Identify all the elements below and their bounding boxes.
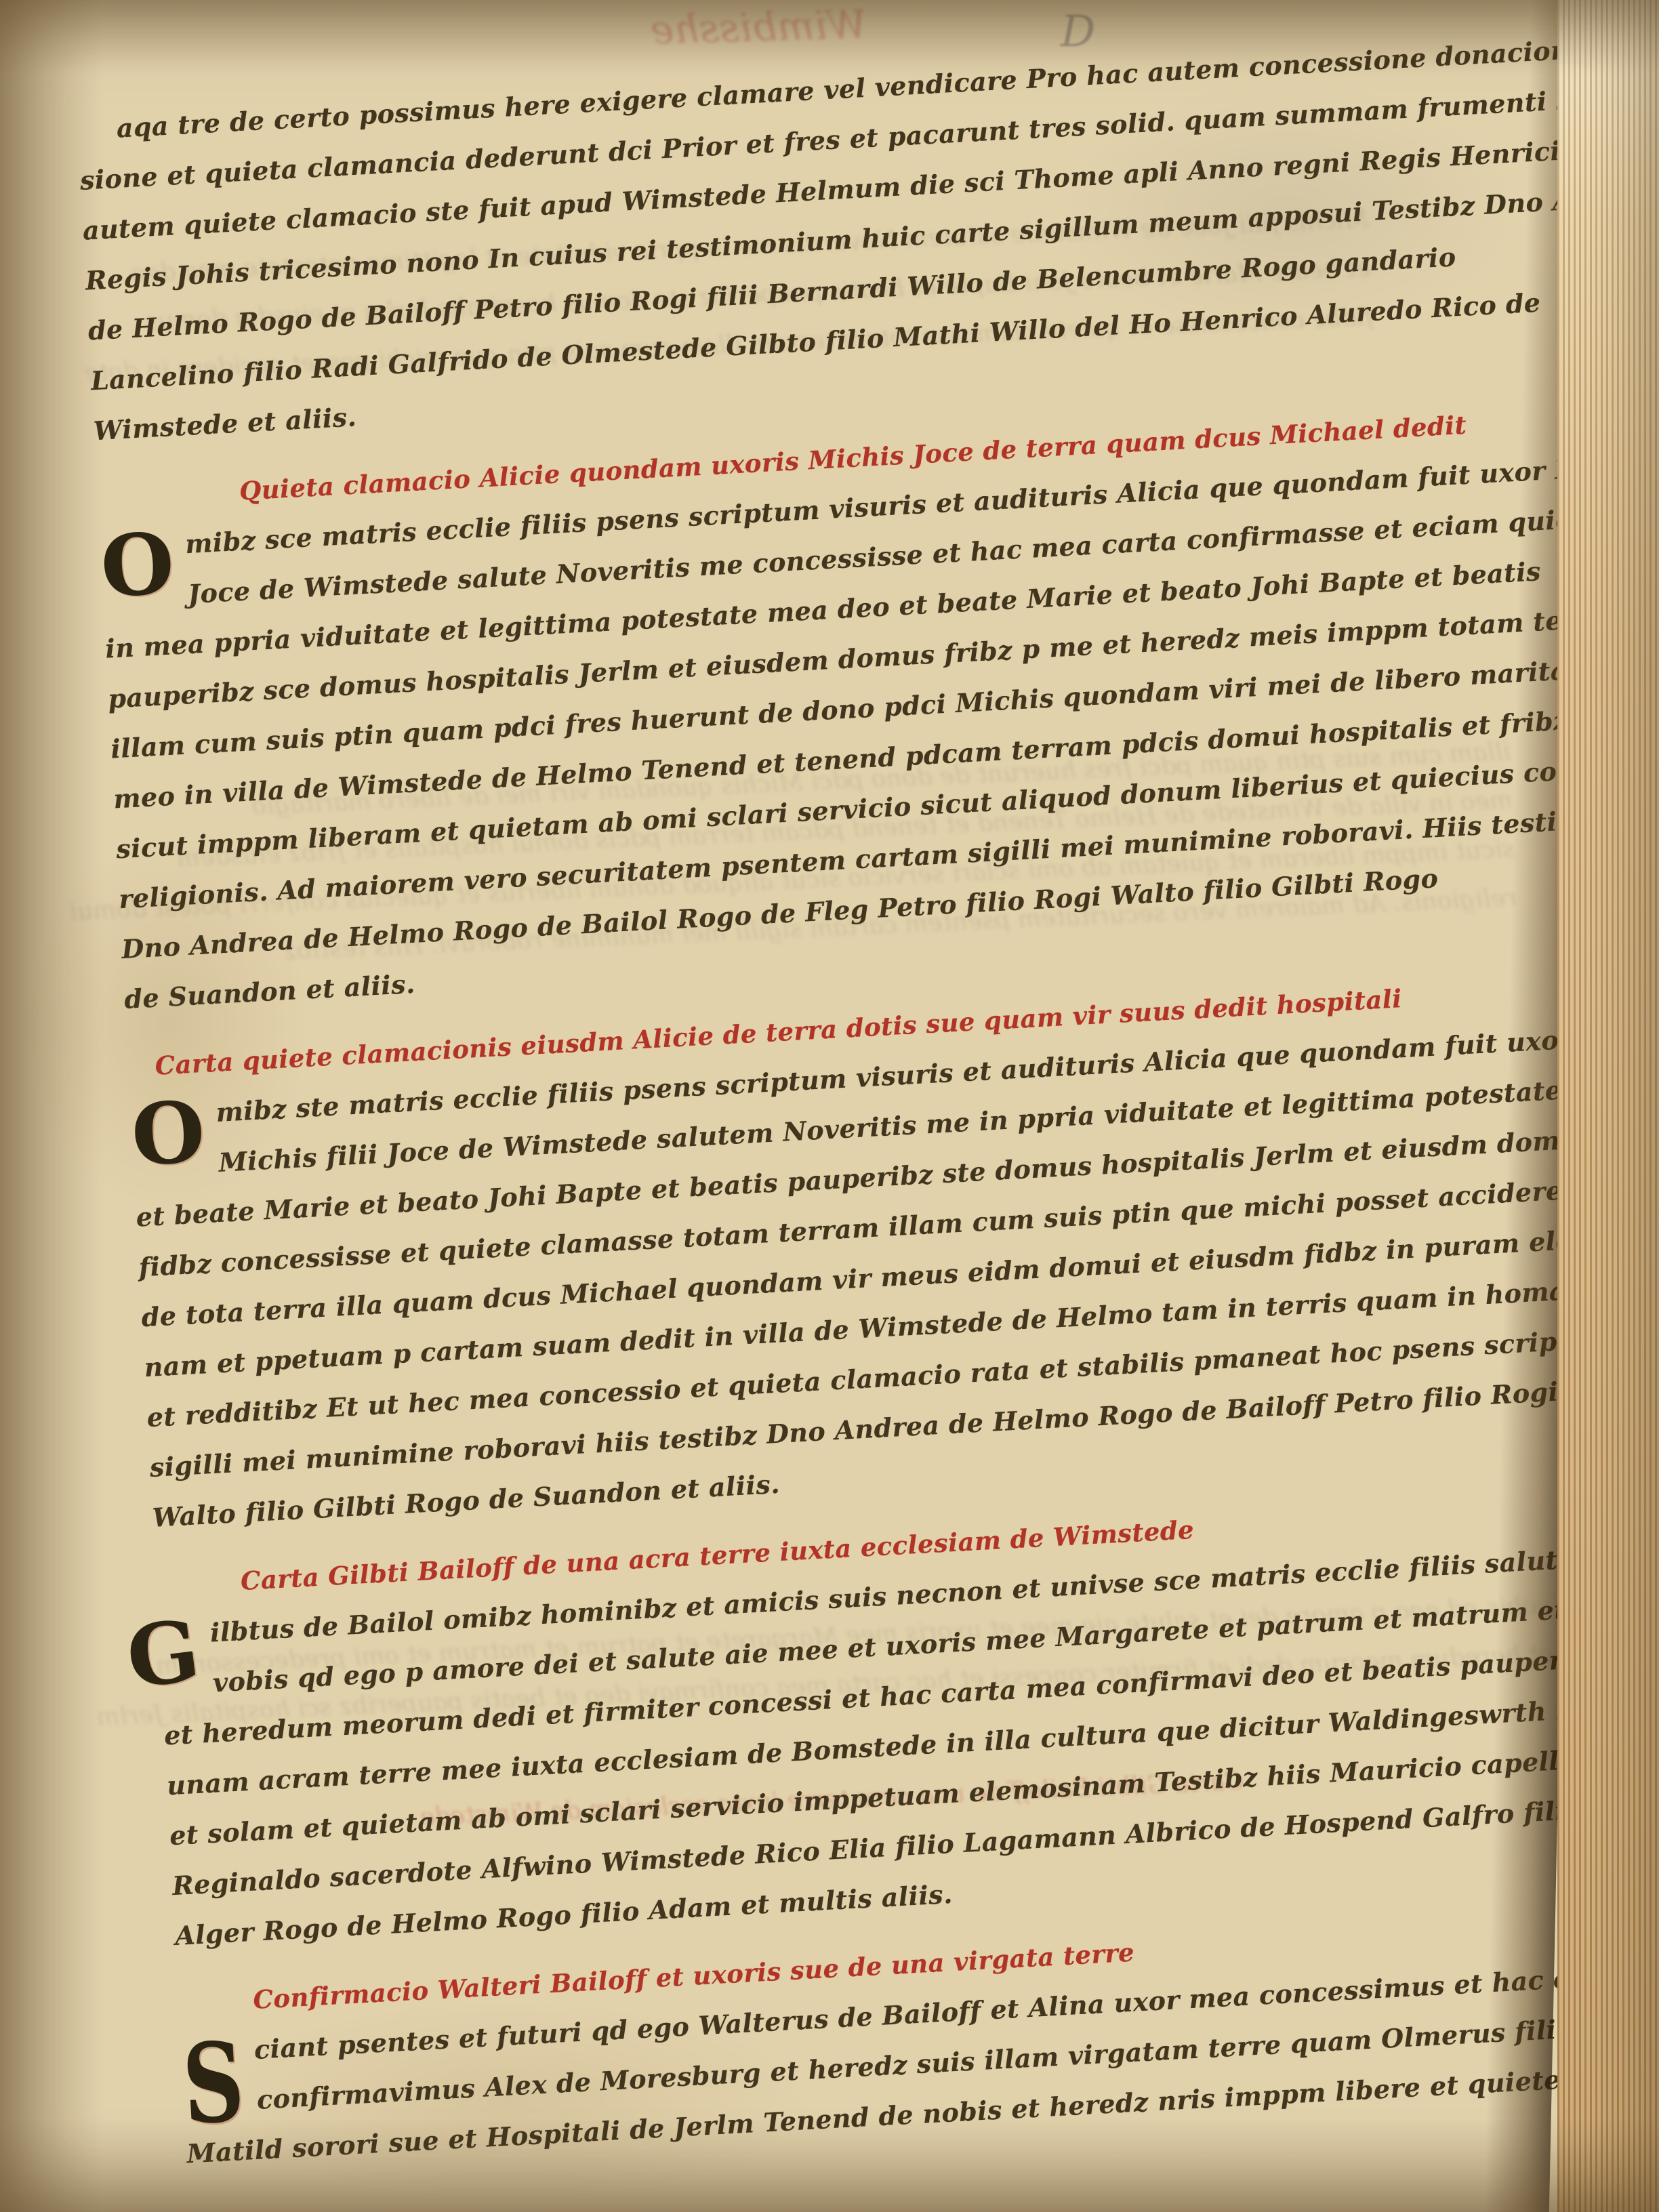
book-fore-edge (1557, 0, 1659, 2212)
paragraph: aqa tre de certo possimus here exigere c… (76, 23, 1624, 456)
bottom-edge-shadow (0, 2117, 1659, 2212)
manuscript-page: Wimbisshe D Michis filii Joce de Wimsted… (0, 0, 1659, 2212)
illuminated-initial: O (129, 1088, 220, 1176)
illuminated-initial: G (122, 1605, 216, 1699)
paragraph: O mibz ste matris ecclie filiis psens sc… (129, 1010, 1659, 1543)
paragraph: O mibz sce matris ecclie filiis psens sc… (98, 441, 1655, 1025)
illuminated-initial: O (98, 519, 188, 608)
stacked-leaves (1557, 0, 1659, 2212)
left-edge-shadow (0, 0, 102, 2212)
top-edge-shadow (0, 0, 1659, 75)
text-block: aqa tre de certo possimus here exigere c… (76, 23, 1659, 2179)
